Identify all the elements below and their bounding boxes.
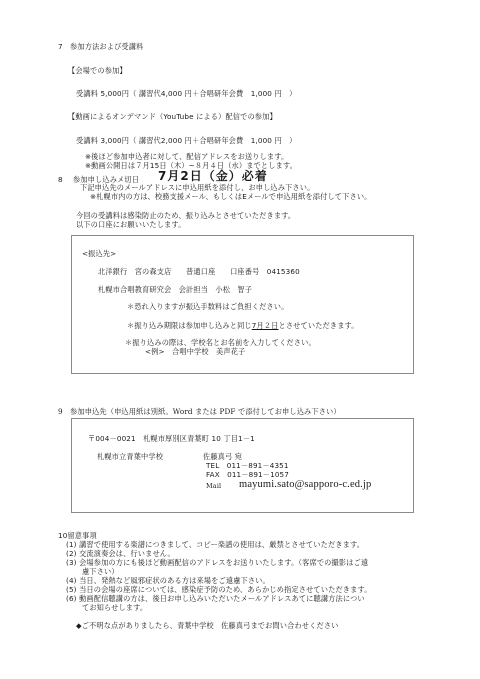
contact-person: 佐藤真弓 宛 bbox=[203, 452, 242, 461]
payment-method-note: 今回の受講料は感染防止のため、振り込みとさせていただきます。 bbox=[76, 211, 295, 220]
transfer-name-example: <例> 合唱中学校 美声花子 bbox=[145, 347, 245, 356]
section-9-heading: 9 参加申込先（申込用紙は別紙。Word または PDF で添付してお申し込み下… bbox=[58, 407, 341, 416]
section-8-number: 8 bbox=[58, 175, 63, 184]
application-address-box: 〒004－0021 札幌市厚別区青葉町 10 丁目1－1 札幌市立青葉中学校 佐… bbox=[71, 418, 414, 513]
online-participation-label: 【動画によるオンデマンド（YouTube による）配信での参加】 bbox=[68, 112, 277, 121]
notice-item-3-cont: 慮下さい） bbox=[82, 567, 119, 576]
section-10-heading: 10留意事項 bbox=[58, 531, 97, 540]
deadline-date: 7月2日（金）必着 bbox=[158, 169, 268, 183]
venue-fee: 受講料 5,000円（ 講習代4,000 円＋合唱研年会費 1,000 円 ） bbox=[76, 89, 296, 98]
section-7-heading: 7 参加方法および受講料 bbox=[58, 42, 143, 51]
notice-item-1: (1) 講習で使用する楽譜につきまして、コピー楽譜の使用は、厳禁とさせていただき… bbox=[66, 540, 364, 549]
transfer-fee-note: ＊恐れ入りますが振込手数料はご負担ください。 bbox=[127, 302, 288, 311]
online-fee: 受講料 3,000円（ 講習代2,000 円＋合唱研年会費 1,000 円 ） bbox=[76, 136, 296, 145]
transfer-destination-title: <振込先> bbox=[82, 249, 116, 258]
notice-item-6-cont: てお知らせします。 bbox=[82, 603, 147, 612]
mail-label: Mail bbox=[206, 482, 221, 491]
submission-instructions: 下記申込先のメールアドレスに申込用紙を添付し、お申し込み下さい。 bbox=[80, 183, 314, 192]
transfer-deadline-note: ＊振り込み期限は参加申し込みと同じ7月２日とさせていただきます。 bbox=[127, 321, 359, 330]
venue-participation-label: 【会場での参加】 bbox=[68, 66, 127, 75]
online-note-address: ※後ほど参加申込者に対して、配信アドレスをお送りします。 bbox=[85, 152, 288, 161]
postal-address: 〒004－0021 札幌市厚別区青葉町 10 丁目1－1 bbox=[88, 434, 255, 443]
notice-item-4: (4) 当日、発熱など風邪症状のある方は来場をご遠慮下さい。 bbox=[66, 576, 270, 585]
notice-item-6: (6) 動画配信聴講の方は、後日お申し込みいただいたメールアドレスあてに聴講方法… bbox=[66, 594, 365, 603]
notice-item-2: (2) 交流演奏会は、行いません。 bbox=[66, 549, 175, 558]
contact-email[interactable]: mayumi.sato@sapporo-c.ed.jp bbox=[239, 479, 371, 491]
account-intro: 以下の口座にお願いいたします。 bbox=[76, 220, 186, 229]
transfer-deadline-prefix: ＊振り込み期限は参加申し込みと同じ bbox=[127, 321, 252, 330]
transfer-deadline-date: 7月２日 bbox=[252, 321, 279, 330]
bank-account-info: 北洋銀行 宮の森支店 普通口座 口座番号 0415360 bbox=[98, 267, 300, 276]
notice-item-3: (3) 会場参加の方にも後ほど動画配信のアドレスをお送りいたします。（客席での撮… bbox=[66, 558, 368, 567]
school-name: 札幌市立青葉中学校 bbox=[97, 452, 163, 461]
transfer-name-note: ＊振り込みの際は、学校名とお名前を入力してください。 bbox=[125, 338, 316, 347]
bank-transfer-box: <振込先> 北洋銀行 宮の森支店 普通口座 口座番号 0415360 札幌市合唱… bbox=[71, 235, 414, 374]
contact-fax: FAX 011－891－1057 bbox=[206, 470, 289, 479]
sapporo-submission-note: ※札幌市内の方は、校務支援メール、もしくはEメールで申込用紙を添付して下さい。 bbox=[90, 192, 372, 201]
account-holder: 札幌市合唱教育研究会 会計担当 小松 智子 bbox=[98, 285, 252, 294]
contact-tel: TEL 011－891－4351 bbox=[206, 461, 289, 470]
notice-item-5: (5) 当日の会場の座席については、感染症予防のため、あらかじめ指定させていただ… bbox=[66, 585, 372, 594]
contact-inquiry-note: ◆ご不明な点がありましたら、青葉中学校 佐藤真弓までお問い合わせください bbox=[76, 621, 339, 630]
transfer-deadline-suffix: とさせていただきます。 bbox=[279, 321, 359, 330]
